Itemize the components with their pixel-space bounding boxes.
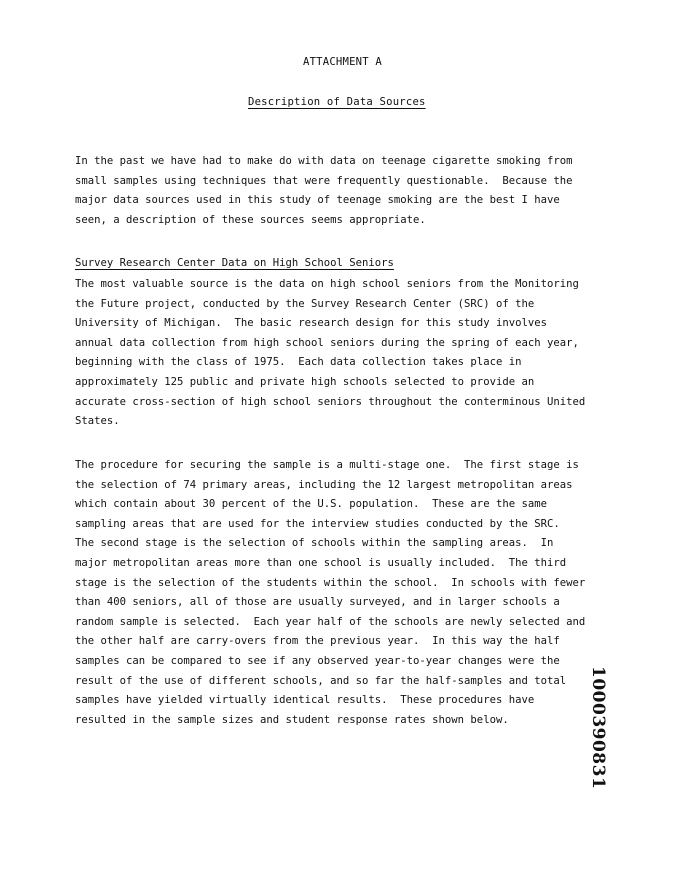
text-line: sampling areas that are used for the int…: [75, 515, 615, 535]
section-heading: Survey Research Center Data on High Scho…: [75, 257, 394, 269]
text-line: major metropolitan areas more than one s…: [75, 554, 615, 574]
text-line: the selection of 74 primary areas, inclu…: [75, 476, 615, 496]
text-line: than 400 seniors, all of those are usual…: [75, 593, 615, 613]
text-line: seen, a description of these sources see…: [75, 211, 615, 231]
text-line: stage is the selection of the students w…: [75, 574, 615, 594]
intro-paragraph: In the past we have had to make do with …: [75, 152, 615, 230]
text-line: States.: [75, 412, 615, 432]
text-line: beginning with the class of 1975. Each d…: [75, 353, 615, 373]
src-paragraph-1: The most valuable source is the data on …: [75, 275, 615, 432]
document-id-stamp: 1000390831: [588, 666, 608, 789]
text-line: accurate cross-section of high school se…: [75, 393, 615, 413]
text-line: samples have yielded virtually identical…: [75, 691, 615, 711]
text-line: small samples using techniques that were…: [75, 172, 615, 192]
src-paragraph-2: The procedure for securing the sample is…: [75, 456, 615, 730]
text-line: the Future project, conducted by the Sur…: [75, 295, 615, 315]
text-line: The second stage is the selection of sch…: [75, 534, 615, 554]
text-line: random sample is selected. Each year hal…: [75, 613, 615, 633]
text-line: University of Michigan. The basic resear…: [75, 314, 615, 334]
attachment-label: ATTACHMENT A: [0, 56, 675, 68]
text-line: major data sources used in this study of…: [75, 191, 615, 211]
text-line: samples can be compared to see if any ob…: [75, 652, 615, 672]
text-line: annual data collection from high school …: [75, 334, 615, 354]
document-page: ATTACHMENT A Description of Data Sources…: [0, 0, 675, 869]
text-line: The most valuable source is the data on …: [75, 275, 615, 295]
text-line: which contain about 30 percent of the U.…: [75, 495, 615, 515]
text-line: result of the use of different schools, …: [75, 672, 615, 692]
text-line: approximately 125 public and private hig…: [75, 373, 615, 393]
text-line: In the past we have had to make do with …: [75, 152, 615, 172]
text-line: resulted in the sample sizes and student…: [75, 711, 615, 731]
document-title: Description of Data Sources: [248, 96, 426, 108]
text-line: The procedure for securing the sample is…: [75, 456, 615, 476]
text-line: the other half are carry-overs from the …: [75, 632, 615, 652]
